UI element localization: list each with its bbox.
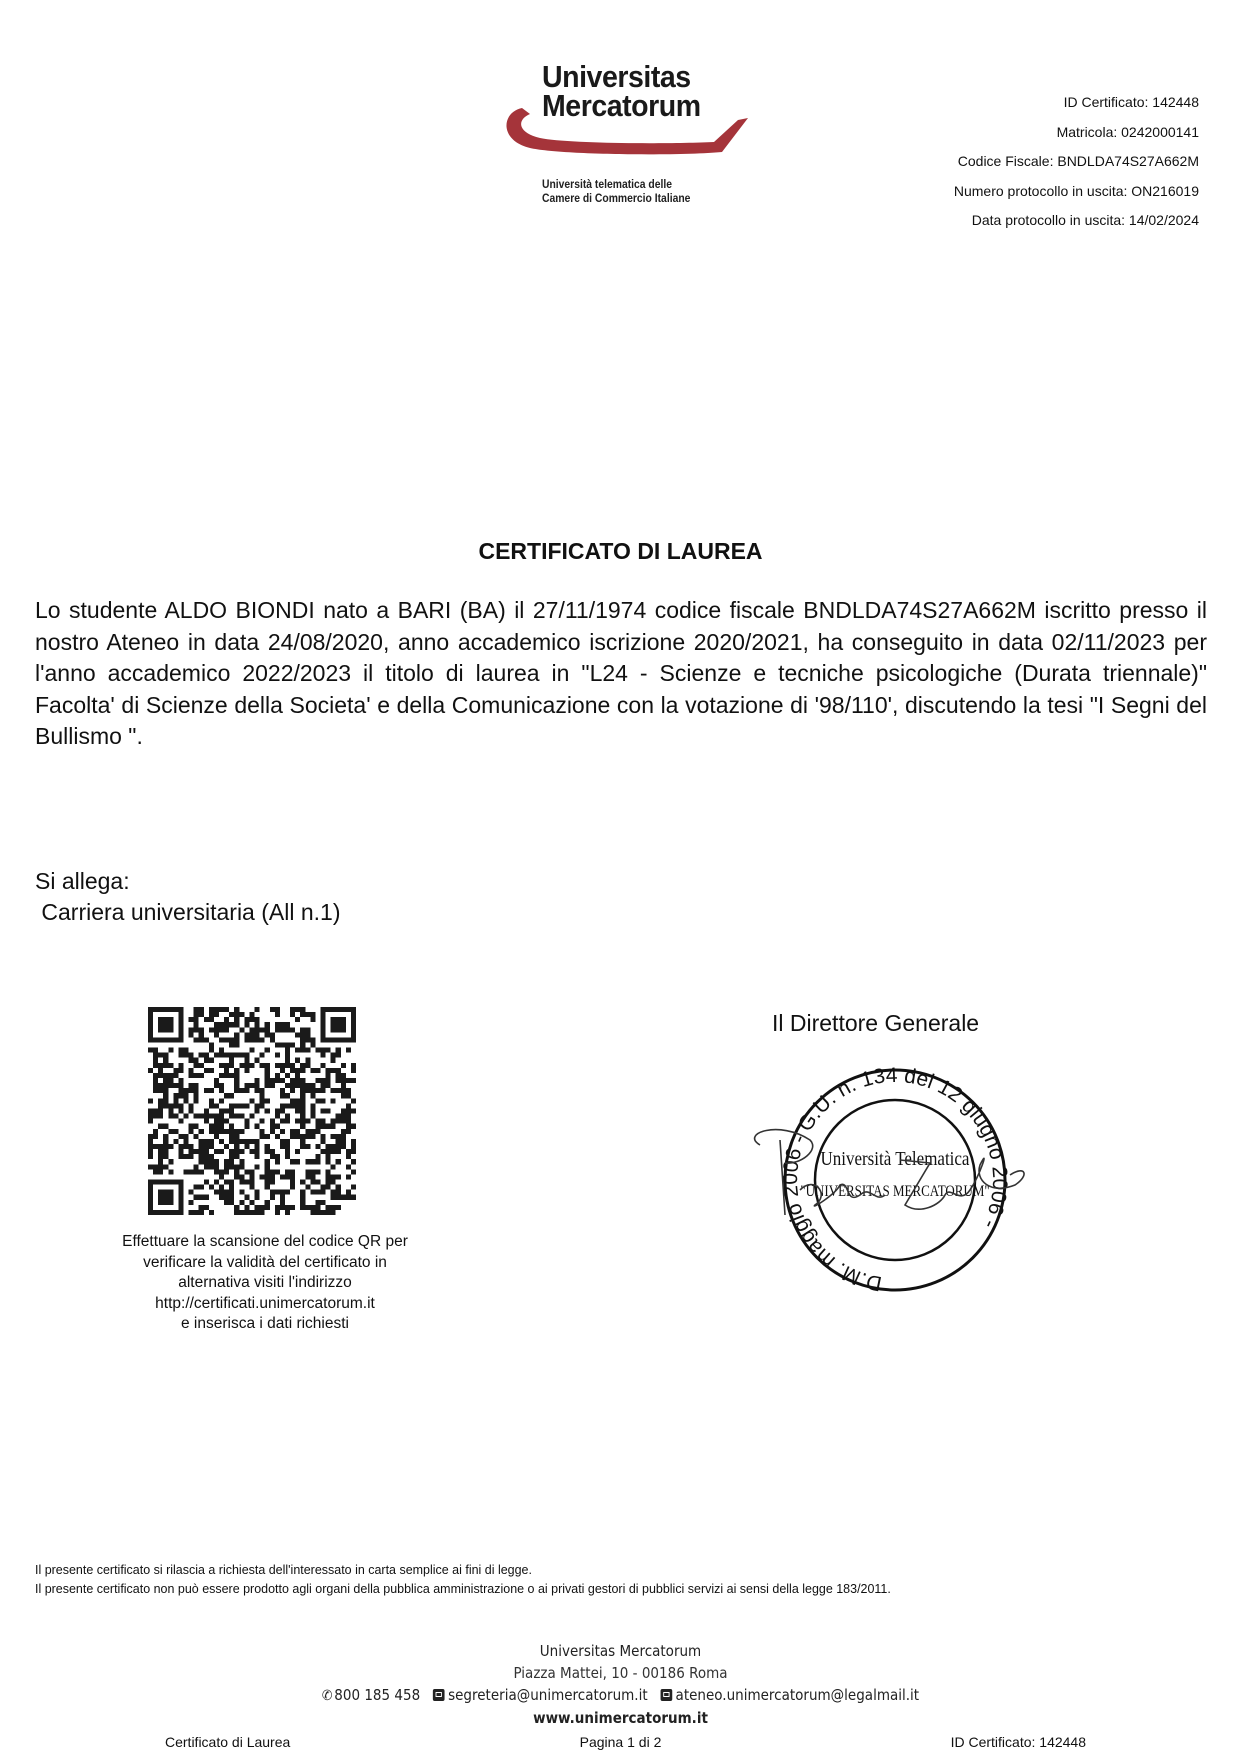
logo-tagline-2: Camere di Commercio Italiane: [542, 192, 690, 206]
certificate-body: Lo studente ALDO BIONDI nato a BARI (BA)…: [35, 595, 1207, 753]
phone-icon: ✆: [322, 1685, 333, 1707]
qr-caption-line: Effettuare la scansione del codice QR pe…: [80, 1232, 450, 1253]
logo-tagline: Università telematica delle Camere di Co…: [542, 178, 690, 206]
footer-website[interactable]: www.unimercatorum.it: [62, 1707, 1179, 1729]
university-logo: Universitas Mercatorum Università telema…: [500, 62, 760, 212]
seal-center-text: Università Telematica: [821, 1148, 971, 1171]
matricola: Matricola: 0242000141: [954, 125, 1199, 155]
institution-footer: Universitas Mercatorum Piazza Mattei, 10…: [0, 1640, 1241, 1729]
certificate-meta: ID Certificato: 142448 Matricola: 024200…: [954, 95, 1199, 243]
data-protocollo: Data protocollo in uscita: 14/02/2024: [954, 213, 1199, 243]
phone-number: 800 185 458: [334, 1686, 420, 1704]
logo-swoosh-icon: [500, 100, 750, 160]
mail-icon: [433, 1689, 445, 1701]
footer-phone[interactable]: ✆800 185 458: [322, 1684, 420, 1707]
qr-caption-line: alternativa visiti l'indirizzo: [80, 1273, 450, 1294]
qr-caption-line: e inserisca i dati richiesti: [80, 1314, 450, 1335]
logo-tagline-1: Università telematica delle: [542, 178, 690, 192]
document-title: CERTIFICATO DI LAUREA: [0, 538, 1241, 565]
page-footer-id: ID Certificato: 142448: [951, 1734, 1086, 1750]
email-address: segreteria@unimercatorum.it: [448, 1686, 648, 1704]
legal-note: Il presente certificato si rilascia a ri…: [35, 1560, 891, 1579]
footer-email-pec[interactable]: ateneo.unimercatorum@legalmail.it: [660, 1684, 919, 1707]
codice-fiscale: Codice Fiscale: BNDLDA74S27A662M: [954, 154, 1199, 184]
footer-institution-name: Universitas Mercatorum: [62, 1640, 1179, 1662]
numero-protocollo: Numero protocollo in uscita: ON216019: [954, 184, 1199, 214]
email-address: ateneo.unimercatorum@legalmail.it: [676, 1686, 920, 1704]
legal-notes: Il presente certificato si rilascia a ri…: [35, 1560, 891, 1598]
verification-url[interactable]: http://certificati.unimercatorum.it: [80, 1294, 450, 1315]
mail-icon: [660, 1689, 672, 1701]
signatory-role: Il Direttore Generale: [772, 1010, 979, 1037]
footer-address: Piazza Mattei, 10 - 00186 Roma: [62, 1662, 1179, 1684]
attachment-item: Carriera universitaria (All n.1): [35, 897, 340, 928]
official-seal-icon: D.M. maggio 2006 - G.U. n. 134 del 12 gi…: [740, 1045, 1040, 1295]
qr-caption: Effettuare la scansione del codice QR pe…: [80, 1232, 450, 1335]
qr-code-icon[interactable]: [148, 1007, 356, 1215]
legal-note: Il presente certificato non può essere p…: [35, 1579, 891, 1598]
attachments-label: Si allega:: [35, 866, 340, 897]
footer-email-segreteria[interactable]: segreteria@unimercatorum.it: [433, 1684, 648, 1707]
id-certificato: ID Certificato: 142448: [954, 95, 1199, 125]
attachments: Si allega: Carriera universitaria (All n…: [35, 866, 340, 928]
qr-caption-line: verificare la validità del certificato i…: [80, 1253, 450, 1274]
logo-line-1: Universitas: [542, 62, 701, 91]
footer-contacts: ✆800 185 458 segreteria@unimercatorum.it…: [62, 1684, 1179, 1707]
